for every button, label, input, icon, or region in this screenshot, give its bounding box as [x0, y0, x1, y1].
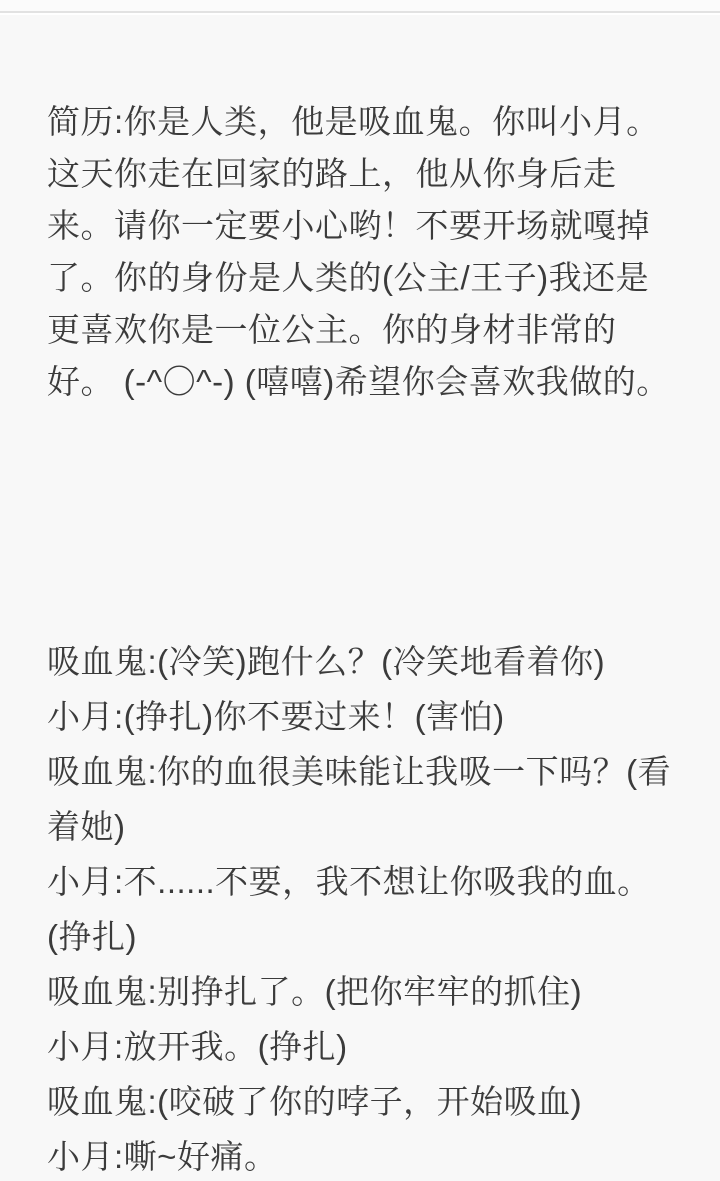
character-bio-paragraph: 简历:你是人类，他是吸血鬼。你叫小月。这天你走在回家的路上，他从你身后走来。请你…	[47, 96, 675, 408]
dialogue-line: 小月:嘶~好痛。	[47, 1129, 675, 1181]
dialogue-line: 吸血鬼:别挣扎了。(把你牢牢的抓住)	[47, 964, 675, 1019]
dialogue-line: 小月:放开我。(挣扎)	[47, 1019, 675, 1074]
dialogue-section: 吸血鬼:(冷笑)跑什么？(冷笑地看着你) 小月:(挣扎)你不要过来！(害怕) 吸…	[47, 634, 675, 1181]
top-divider-bar	[0, 0, 720, 13]
dialogue-line: 吸血鬼:(冷笑)跑什么？(冷笑地看着你)	[47, 634, 675, 689]
dialogue-line: 小月:(挣扎)你不要过来！(害怕)	[47, 689, 675, 744]
dialogue-line: 吸血鬼:(咬破了你的哱子，开始吸血)	[47, 1074, 675, 1129]
dialogue-line: 吸血鬼:你的血很美味能让我吸一下吗？(看着她)	[47, 744, 675, 854]
top-divider-highlight	[0, 13, 720, 15]
dialogue-line: 小月:不......不要，我不想让你吸我的血。(挣扎)	[47, 854, 675, 964]
page-content: 简历:你是人类，他是吸血鬼。你叫小月。这天你走在回家的路上，他从你身后走来。请你…	[0, 96, 720, 1181]
